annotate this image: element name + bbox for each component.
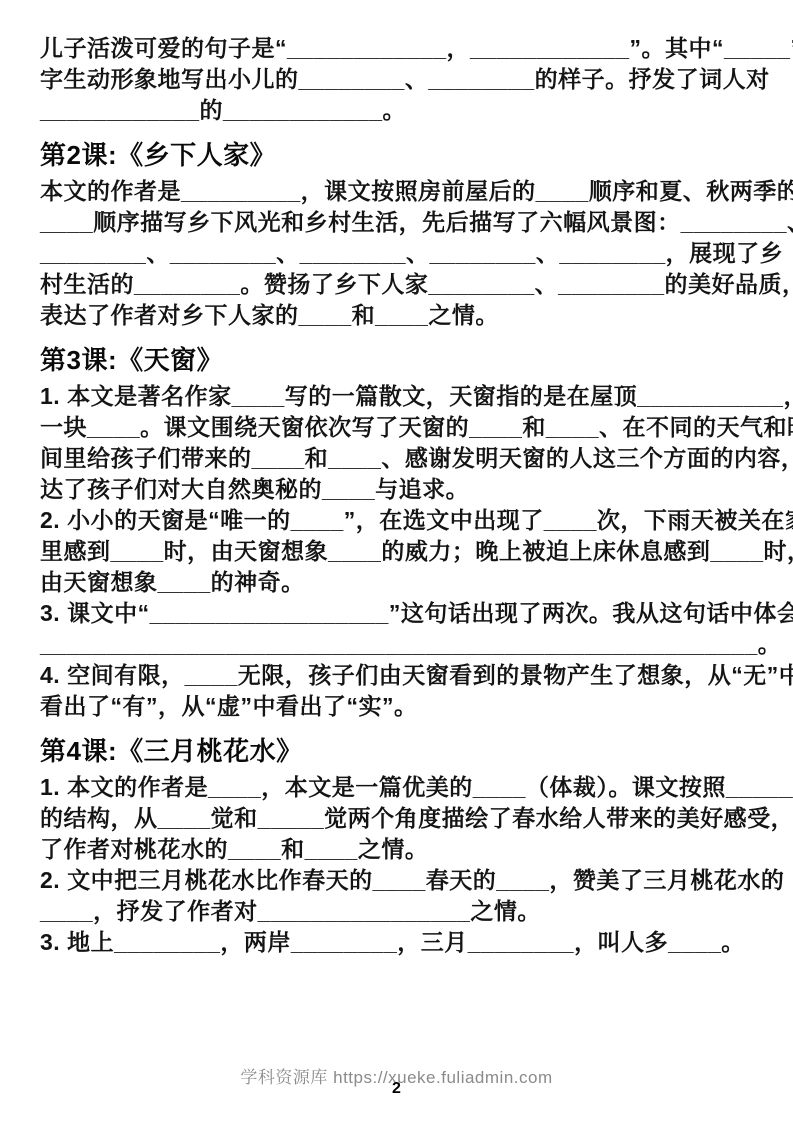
worksheet-line: 达了孩子们对大自然奥秘的____与追求。 (40, 474, 759, 505)
intro-block: 儿子活泼可爱的句子是“____________，____________”。其中… (40, 33, 759, 126)
worksheet-line: 4. 空间有限，____无限，孩子们由天窗看到的景物产生了想象，从“无”中 (40, 660, 759, 691)
worksheet-line: 由天窗想象____的神奇。 (40, 567, 759, 598)
section-lesson-2: 第2课:《乡下人家》 本文的作者是_________，课文按照房前屋后的____… (40, 138, 759, 331)
worksheet-line: 村生活的________。赞扬了乡下人家________、________的美好… (40, 269, 759, 300)
worksheet-line: 字生动形象地写出小儿的________、________的样子。抒发了词人对 (40, 64, 759, 95)
worksheet-line: 2. 文中把三月桃花水比作春天的____春天的____，赞美了三月桃花水的 (40, 865, 759, 896)
worksheet-line: 里感到____时，由天窗想象____的威力；晚上被迫上床休息感到____时， (40, 536, 759, 567)
worksheet-line: 了作者对桃花水的____和____之情。 (40, 834, 759, 865)
section-heading: 第4课:《三月桃花水》 (40, 734, 759, 768)
worksheet-line: 儿子活泼可爱的句子是“____________，____________”。其中… (40, 33, 759, 64)
section-lesson-3: 第3课:《天窗》 1. 本文是著名作家____写的一篇散文，天窗指的是在屋顶__… (40, 343, 759, 722)
worksheet-line: 间里给孩子们带来的____和____、感谢发明天窗的人这三个方面的内容，表 (40, 443, 759, 474)
worksheet-line: 3. 课文中“__________________”这句话出现了两次。我从这句话… (40, 598, 759, 629)
worksheet-line: ____________的____________。 (40, 95, 759, 126)
section-heading: 第3课:《天窗》 (40, 343, 759, 377)
page-number: 2 (0, 1080, 793, 1098)
worksheet-line: 1. 本文是著名作家____写的一篇散文，天窗指的是在屋顶___________… (40, 381, 759, 412)
worksheet-line: 表达了作者对乡下人家的____和____之情。 (40, 300, 759, 331)
worksheet-line: ________、________、________、________、____… (40, 238, 759, 269)
worksheet-line: 看出了“有”，从“虚”中看出了“实”。 (40, 691, 759, 722)
worksheet-line: 的结构，从____觉和_____觉两个角度描绘了春水给人带来的美好感受，抒发 (40, 803, 759, 834)
worksheet-line: ____，抒发了作者对________________之情。 (40, 896, 759, 927)
section-heading: 第2课:《乡下人家》 (40, 138, 759, 172)
section-lesson-4: 第4课:《三月桃花水》 1. 本文的作者是____，本文是一篇优美的____（体… (40, 734, 759, 958)
worksheet-line: 本文的作者是_________，课文按照房前屋后的____顺序和夏、秋两季的 (40, 176, 759, 207)
worksheet-line: 3. 地上________，两岸________，三月________，叫人多_… (40, 927, 759, 958)
worksheet-line: 2. 小小的天窗是“唯一的____”，在选文中出现了____次，下雨天被关在家 (40, 505, 759, 536)
worksheet-line: ____顺序描写乡下风光和乡村生活，先后描写了六幅风景图：________、 (40, 207, 759, 238)
worksheet-line: 一块____。课文围绕天窗依次写了天窗的____和____、在不同的天气和时 (40, 412, 759, 443)
worksheet-content: 儿子活泼可爱的句子是“____________，____________”。其中… (40, 33, 759, 958)
worksheet-page: 儿子活泼可爱的句子是“____________，____________”。其中… (0, 0, 793, 1122)
worksheet-line: ________________________________________… (40, 629, 759, 660)
worksheet-line: 1. 本文的作者是____，本文是一篇优美的____（体裁）。课文按照_____… (40, 772, 759, 803)
